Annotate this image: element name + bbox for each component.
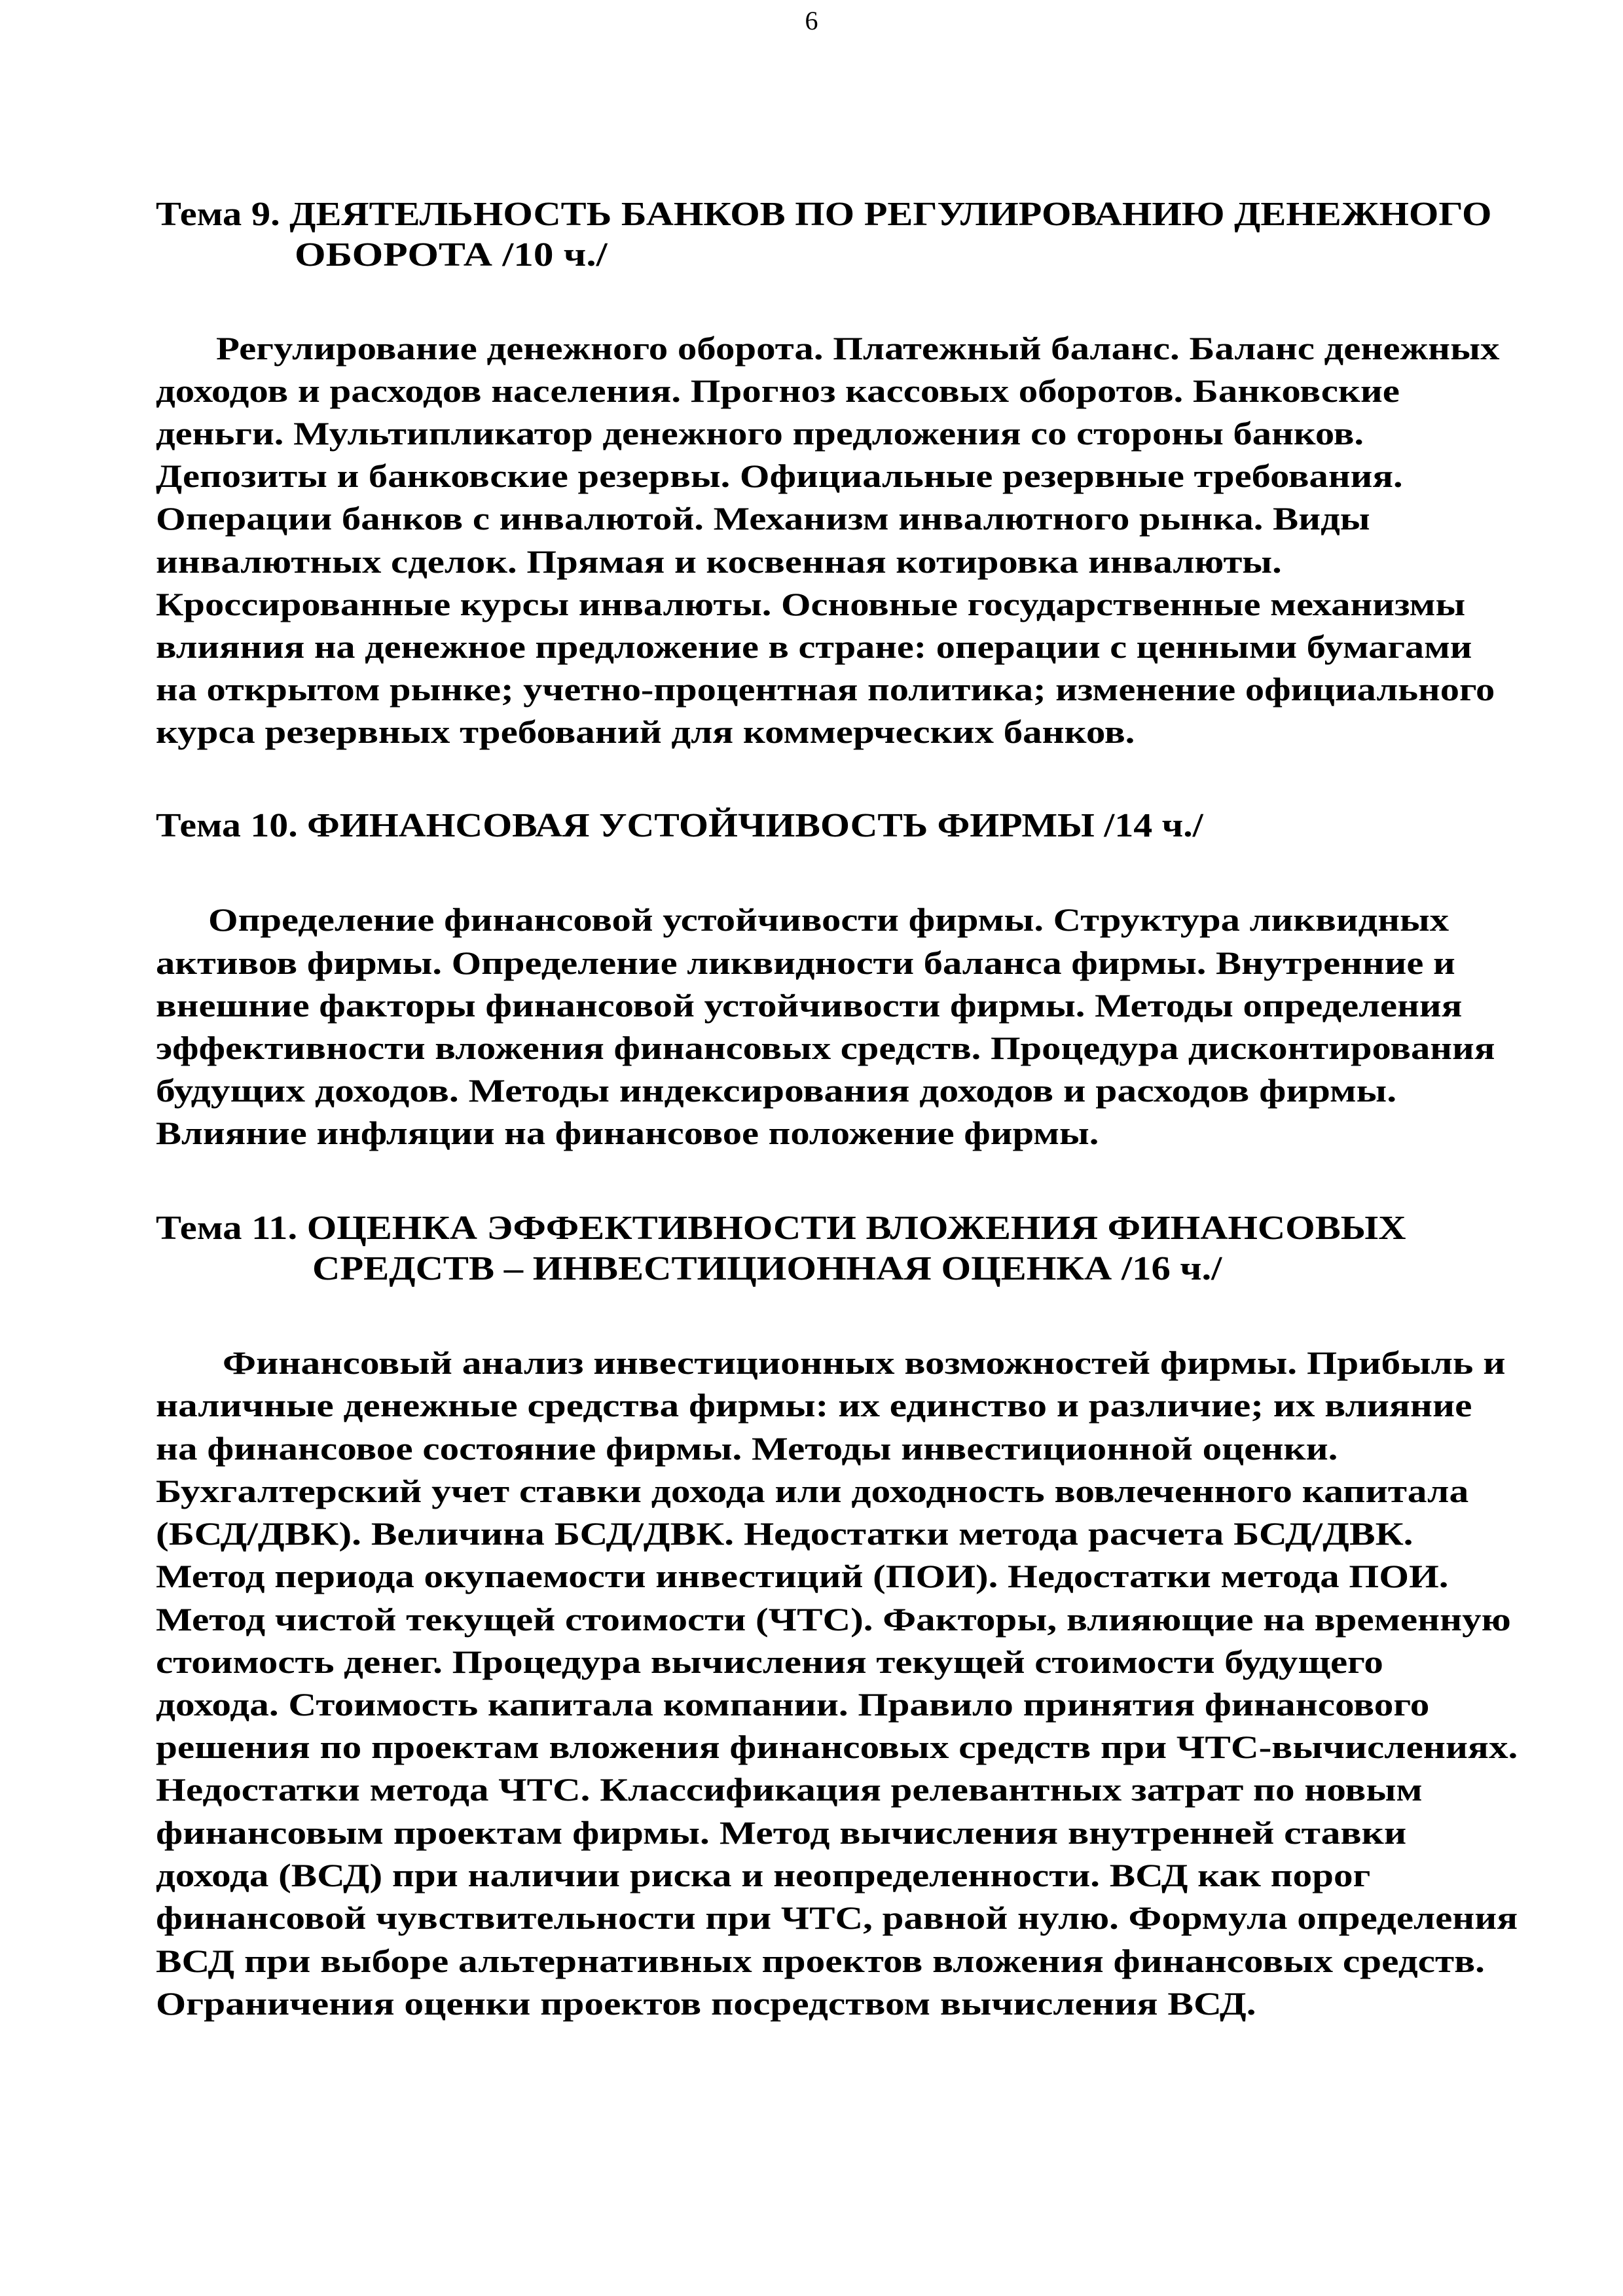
paragraph-line: деньги. Мультипликатор денежного предлож… [156,414,1364,453]
section-heading: Тема 10. ФИНАНСОВАЯ УСТОЙЧИВОСТЬ ФИРМЫ /… [156,806,1203,846]
paragraph-line: наличные денежные средства фирмы: их еди… [156,1386,1472,1425]
paragraph-line: эффективности вложения финансовых средст… [156,1028,1495,1067]
paragraph-line: инвалютных сделок. Прямая и косвенная ко… [156,542,1282,581]
paragraph-line: (БСД/ДВК). Величина БСД/ДВК. Недостатки … [156,1514,1413,1553]
paragraph-line: Кроссированные курсы инвалюты. Основные … [156,584,1465,624]
paragraph-line: внешние факторы финансовой устойчивости … [156,986,1462,1025]
paragraph-line: дохода. Стоимость капитала компании. Пра… [156,1685,1429,1724]
paragraph-line: решения по проектам вложения финансовых … [156,1727,1518,1767]
paragraph-line: Депозиты и банковские резервы. Официальн… [156,456,1403,495]
paragraph-line: ВСД при выборе альтернативных проектов в… [156,1941,1485,1981]
paragraph-line: Недостатки метода ЧТС. Классификация рел… [156,1770,1423,1809]
paragraph-line: стоимость денег. Процедура вычисления те… [156,1642,1383,1681]
paragraph-line: финансовым проектам фирмы. Метод вычисле… [156,1813,1406,1852]
paragraph-line: Влияние инфляции на финансовое положение… [156,1113,1099,1153]
paragraph-line: Финансовый анализ инвестиционных возможн… [223,1343,1505,1382]
paragraph-line: курса резервных требований для коммерчес… [156,712,1135,751]
paragraph-line: Метод периода окупаемости инвестиций (ПО… [156,1556,1448,1596]
paragraph-line: активов фирмы. Определение ликвидности б… [156,943,1455,982]
section-heading: Тема 9. ДЕЯТЕЛЬНОСТЬ БАНКОВ ПО РЕГУЛИРОВ… [156,195,1491,234]
section-heading-continuation: ОБОРОТА /10 ч./ [295,236,608,275]
paragraph-line: доходов и расходов населения. Прогноз ка… [156,371,1400,410]
paragraph-line: на открытом рынке; учетно-процентная пол… [156,670,1495,709]
paragraph-line: финансовой чувствительности при ЧТС, рав… [156,1898,1518,1937]
paragraph-line: будущих доходов. Методы индексирования д… [156,1071,1396,1110]
paragraph-line: Метод чистой текущей стоимости (ЧТС). Фа… [156,1600,1511,1639]
paragraph-line: дохода (ВСД) при наличии риска и неопред… [156,1856,1370,1895]
paragraph-line: Бухгалтерский учет ставки дохода или дох… [156,1471,1468,1511]
paragraph-line: Регулирование денежного оборота. Платежн… [216,329,1499,368]
paragraph-line: Определение финансовой устойчивости фирм… [208,900,1449,939]
paragraph-line: Ограничения оценки проектов посредством … [156,1984,1256,2023]
page-number: 6 [0,5,1623,37]
paragraph-line: влияния на денежное предложение в стране… [156,627,1472,666]
paragraph-line: Операции банков с инвалютой. Механизм ин… [156,499,1370,538]
section-heading-continuation: СРЕДСТВ – ИНВЕСТИЦИОННАЯ ОЦЕНКА /16 ч./ [312,1249,1222,1289]
section-heading: Тема 11. ОЦЕНКА ЭФФЕКТИВНОСТИ ВЛОЖЕНИЯ Ф… [156,1209,1406,1248]
paragraph-line: на финансовое состояние фирмы. Методы ин… [156,1429,1338,1468]
